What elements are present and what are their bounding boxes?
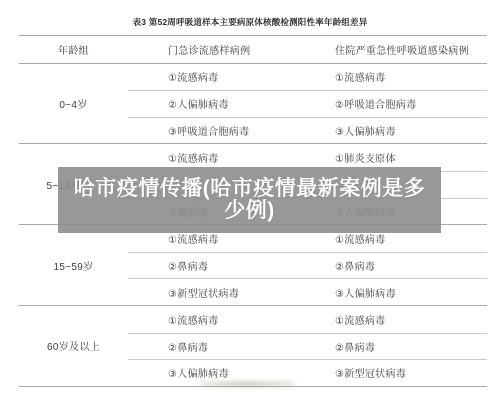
- overlay-banner-link[interactable]: 哈市疫情传播(哈市疫情最新案例是多 少例): [58, 167, 441, 233]
- age-group-row-15-59: 15~59岁 ①流感病毒 ①流感病毒 ②鼻病毒 ②鼻病毒 ③新型冠状病毒 ③人偏…: [19, 225, 487, 306]
- table-title: 表3 第52周呼吸道样本主要病原体核酸检测阳性率年龄组差异: [0, 16, 500, 28]
- pathogen-cell: ①流感病毒: [335, 64, 487, 91]
- age-group-row-0-4: 0~4岁 ①流感病毒 ①流感病毒 ②人偏肺病毒 ②呼吸道合胞病毒 ③呼吸道合胞病…: [19, 64, 487, 145]
- overlay-title-line-1: 哈市疫情传播(哈市疫情最新案例是多: [74, 178, 426, 200]
- age-group-label: 15~59岁: [19, 225, 128, 305]
- column-header-outpatient-ili: 门急诊流感样病例: [128, 42, 335, 57]
- watermark-smudge: [200, 381, 295, 387]
- pathogen-cell: ②鼻病毒: [128, 333, 335, 360]
- age-group-label: 0~4岁: [19, 64, 128, 144]
- pathogen-cell: ②鼻病毒: [335, 252, 487, 279]
- pathogen-cell: ①流感病毒: [128, 64, 335, 91]
- overlay-title-line-2: 少例): [224, 200, 275, 222]
- pathogen-cell: ③人偏肺病毒: [335, 278, 487, 305]
- screenshot-root: 表3 第52周呼吸道样本主要病原体核酸检测阳性率年龄组差异 年龄组 门急诊流感样…: [0, 0, 500, 402]
- pathogen-cell: ③新型冠状病毒: [128, 278, 335, 305]
- pathogen-cell: ②人偏肺病毒: [128, 90, 335, 117]
- pathogen-cell: ①流感病毒: [128, 306, 335, 333]
- pathogen-cell: ①流感病毒: [335, 306, 487, 333]
- age-group-label: 60岁及以上: [19, 306, 128, 386]
- column-header-age-group: 年龄组: [19, 42, 128, 57]
- age-group-row-60-plus: 60岁及以上 ①流感病毒 ①流感病毒 ②鼻病毒 ②鼻病毒 ③人偏肺病毒 ③新型冠…: [19, 306, 487, 387]
- pathogen-cell: ③新型冠状病毒: [335, 359, 487, 386]
- pathogen-cell: ②鼻病毒: [335, 333, 487, 360]
- pathogen-cell: ②鼻病毒: [128, 252, 335, 279]
- table-header-row: 年龄组 门急诊流感样病例 住院严重急性呼吸道感染病例: [19, 36, 487, 64]
- column-header-inpatient-sari: 住院严重急性呼吸道感染病例: [335, 42, 487, 57]
- pathogen-cell: ③人偏肺病毒: [335, 117, 487, 144]
- pathogen-cell: ③呼吸道合胞病毒: [128, 117, 335, 144]
- pathogen-cell: ②呼吸道合胞病毒: [335, 90, 487, 117]
